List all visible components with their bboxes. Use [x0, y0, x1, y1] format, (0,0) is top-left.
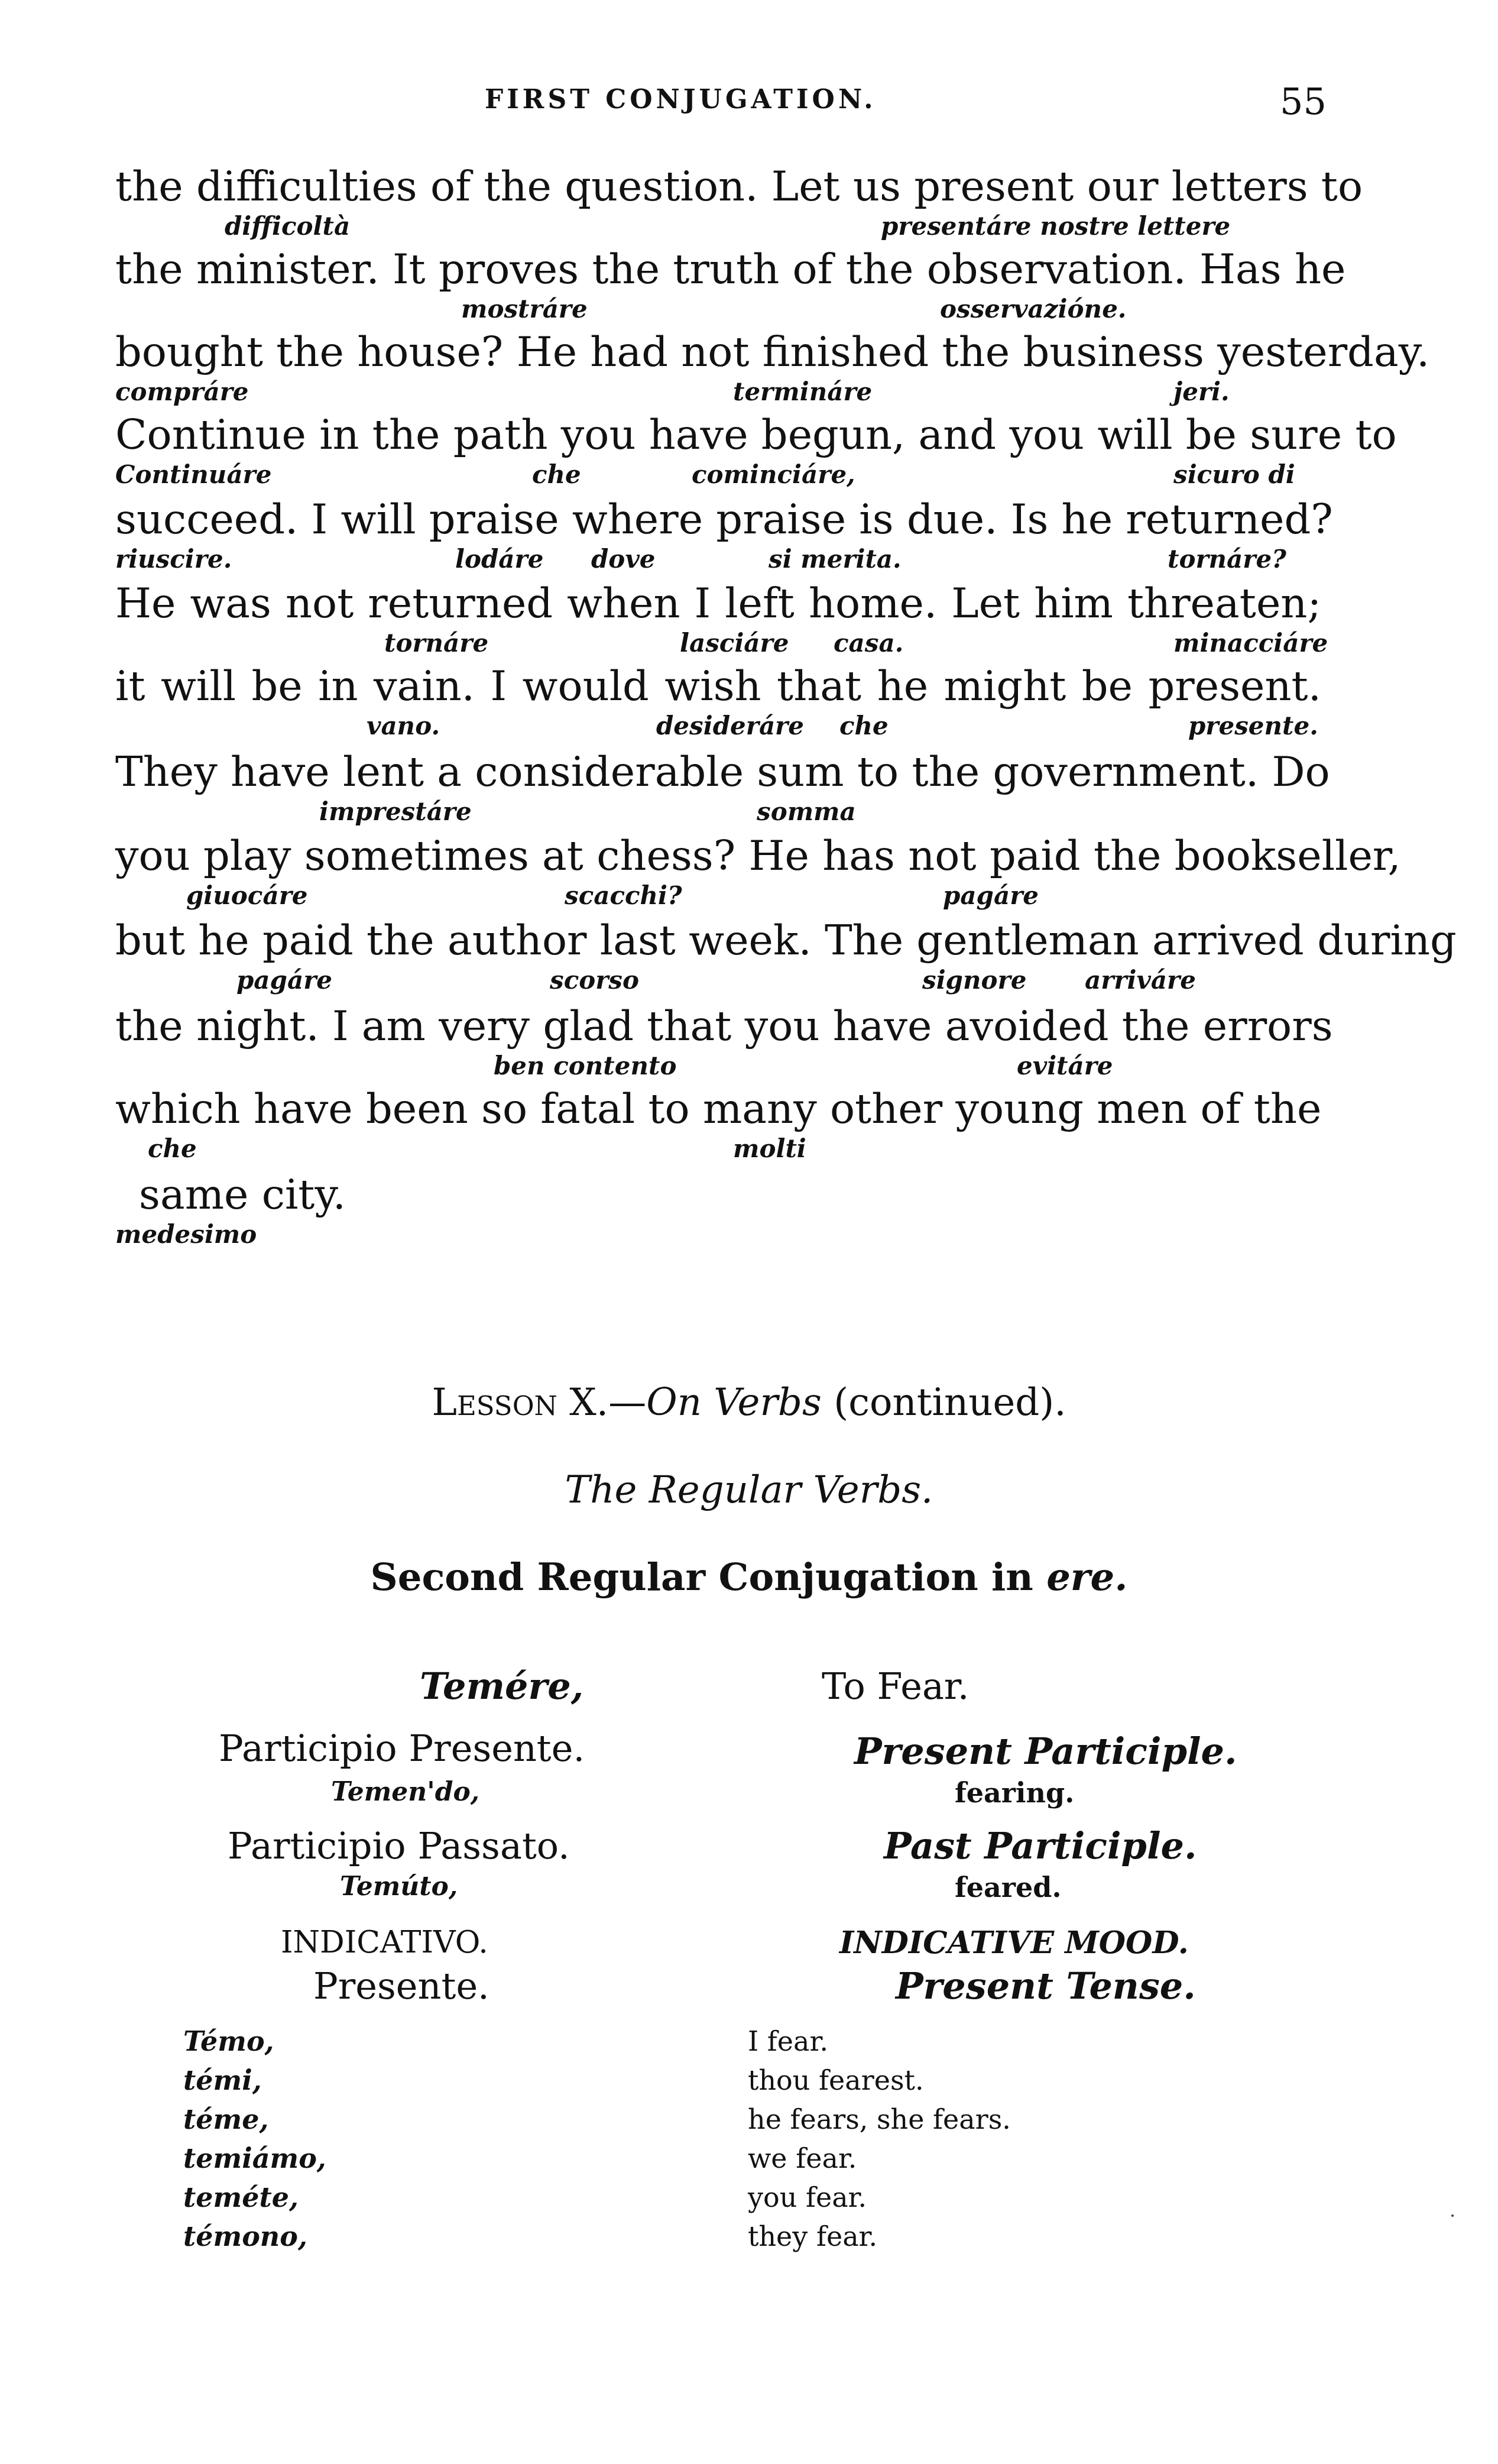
gloss-word: mostráre — [461, 297, 588, 322]
english-form: I fear. — [748, 2025, 828, 2057]
italian-form: témi, — [183, 2064, 262, 2096]
past-participle-label-it: Participio Passato. — [228, 1824, 570, 1867]
gloss-word: che — [148, 1137, 197, 1161]
gloss-word: Continuáre — [115, 462, 271, 487]
gloss-word: signore — [922, 968, 1026, 993]
past-participle-en: feared. — [955, 1872, 1062, 1903]
gloss-word: casa. — [834, 631, 903, 656]
mood-english: INDICATIVE MOOD. — [839, 1925, 1189, 1961]
italian-form: temiámo, — [183, 2142, 326, 2174]
italian-form: teméte, — [183, 2181, 299, 2213]
gloss-word: termináre — [733, 380, 872, 404]
gloss-word: arriváre — [1085, 968, 1196, 993]
speck-mark — [1274, 427, 1276, 429]
section-title-text: Second Regular Conjugation in — [370, 1555, 1046, 1600]
english-form: he fears, she fears. — [748, 2103, 1011, 2135]
infinitive-italian: Temére, — [420, 1665, 583, 1708]
gloss-word: ben contento — [494, 1054, 676, 1079]
gloss-word: riuscire. — [115, 547, 232, 572]
gloss-word: lodáre — [455, 547, 543, 572]
past-participle-it: Temúto, — [340, 1872, 458, 1902]
mood-italian: INDICATIVO. — [281, 1925, 488, 1960]
section-ending: ere. — [1046, 1555, 1127, 1600]
present-participle-it: Temen'do, — [331, 1777, 479, 1807]
tense-italian: Presente. — [313, 1964, 489, 2008]
gloss-word: giuocáre — [186, 883, 308, 908]
gloss-word: osservazióne. — [940, 297, 1126, 322]
present-participle-label-en: Present Participle. — [854, 1730, 1237, 1773]
lesson-dash: — — [608, 1381, 646, 1424]
gloss-word: imprestáre — [319, 799, 472, 824]
present-participle-label-it: Participio Presente. — [219, 1727, 585, 1770]
exercise-line: the difficulties of the question. Let us… — [115, 166, 1321, 207]
gloss-word: tornáre? — [1168, 547, 1286, 572]
gloss-word: scorso — [550, 968, 639, 993]
gloss-word: che — [839, 714, 889, 739]
exercise-line: bought the house? He had not finished th… — [115, 331, 1321, 373]
gloss-word: minacciáre — [1173, 631, 1328, 656]
lesson-continued: (continued). — [822, 1381, 1066, 1424]
english-form: they fear. — [748, 2220, 877, 2252]
running-title: FIRST CONJUGATION. — [485, 85, 877, 115]
italian-form: témono, — [183, 2220, 307, 2252]
gloss-word: vano. — [367, 714, 440, 739]
italian-form: téme, — [183, 2103, 268, 2135]
gloss-word: somma — [757, 799, 856, 824]
gloss-word: sicuro di — [1173, 462, 1295, 487]
lesson-title: Lesson X.—On Verbs (continued). — [0, 1381, 1498, 1424]
exercise-line: He was not returned when I left home. Le… — [115, 582, 1321, 624]
gloss-word: lasciáre — [680, 631, 789, 656]
lesson-number: Lesson X. — [432, 1381, 608, 1424]
page-number: 55 — [1280, 80, 1327, 123]
italian-form: Témo, — [183, 2025, 274, 2057]
present-participle-en: fearing. — [955, 1777, 1074, 1809]
exercise-line: you play sometimes at chess? He has not … — [115, 835, 1321, 876]
gloss-word: desideráre — [656, 714, 804, 739]
gloss-word: scacchi? — [565, 883, 682, 908]
english-form: we fear. — [748, 2142, 857, 2174]
gloss-word: che — [532, 462, 581, 487]
exercise-line: same city. — [139, 1174, 346, 1215]
exercise-line: the minister. It proves the truth of the… — [115, 248, 1321, 290]
lesson-subtitle: The Regular Verbs. — [0, 1468, 1498, 1512]
gloss-word: molti — [733, 1137, 806, 1161]
gloss-word: dove — [591, 547, 656, 572]
exercise-line: They have lent a considerable sum to the… — [115, 751, 1321, 792]
exercise-line: but he paid the author last week. The ge… — [115, 919, 1321, 961]
past-participle-label-en: Past Participle. — [884, 1824, 1197, 1867]
gloss-word: jeri. — [1173, 380, 1230, 404]
gloss-word: difficoltà — [225, 214, 350, 239]
gloss-word: tornáre — [384, 631, 488, 656]
tense-english: Present Tense. — [896, 1964, 1196, 2008]
exercise-line: which have been so fatal to many other y… — [115, 1088, 1321, 1129]
english-form: thou fearest. — [748, 2064, 924, 2096]
gloss-word: presente. — [1188, 714, 1318, 739]
exercise-line: the night. I am very glad that you have … — [115, 1005, 1321, 1047]
exercise-line: it will be in vain. I would wish that he… — [115, 665, 1321, 707]
exercise-line: succeed. I will praise where praise is d… — [115, 498, 1321, 540]
gloss-word: pagáre — [236, 968, 332, 993]
section-title: Second Regular Conjugation in ere. — [0, 1555, 1498, 1600]
speck-mark — [1451, 2214, 1454, 2217]
gloss-word: medesimo — [115, 1222, 257, 1247]
gloss-word: pagáre — [943, 883, 1039, 908]
gloss-word: si merita. — [769, 547, 902, 572]
exercise-line: Continue in the path you have begun, and… — [115, 414, 1321, 455]
gloss-word: cominciáre, — [692, 462, 855, 487]
gloss-word: evitáre — [1017, 1054, 1113, 1079]
infinitive-english: To Fear. — [822, 1665, 969, 1708]
gloss-word: presentáre nostre lettere — [881, 214, 1230, 239]
english-form: you fear. — [748, 2181, 867, 2213]
lesson-topic: On Verbs — [646, 1381, 822, 1424]
gloss-word: compráre — [115, 380, 249, 404]
